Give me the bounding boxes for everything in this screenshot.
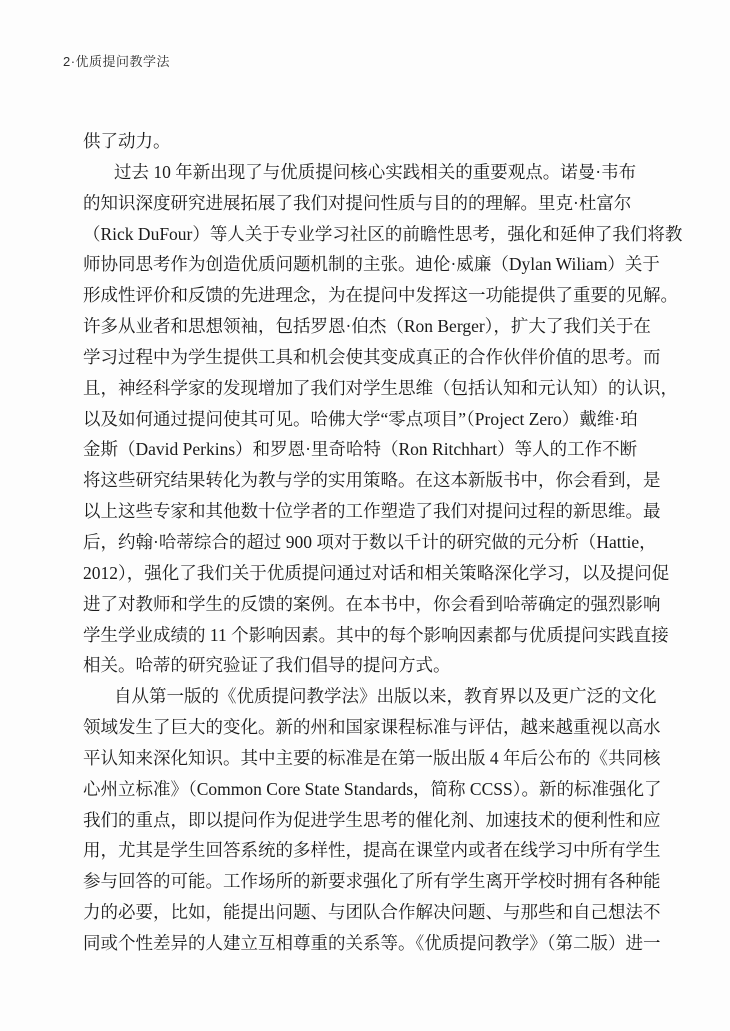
text-line: 学生学业成绩的 11 个影响因素。其中的每个影响因素都与优质提问实践直接 [83, 620, 622, 651]
text-line: 金斯（David Perkins）和罗恩·里奇哈特（Ron Ritchhart）… [83, 434, 622, 465]
text-line: 过去 10 年新出现了与优质提问核心实践相关的重要观点。诺曼·韦布 [83, 157, 622, 188]
running-header: 2·优质提问教学法 [63, 51, 170, 70]
text-line: 心州立标准》（Common Core State Standards，简称 CC… [83, 774, 622, 805]
text-line: 领域发生了巨大的变化。新的州和国家课程标准与评估，越来越重视以高水 [83, 712, 622, 743]
text-line: 进了对教师和学生的反馈的案例。在本书中，你会看到哈蒂确定的强烈影响 [83, 589, 622, 620]
text-line: （Rick DuFour）等人关于专业学习社区的前瞻性思考，强化和延伸了我们将教 [83, 219, 622, 250]
text-line: 同或个性差异的人建立互相尊重的关系等。《优质提问教学》（第二版）进一 [83, 928, 622, 959]
text-line: 学习过程中为学生提供工具和机会使其变成真正的合作伙伴价值的思考。而 [83, 342, 622, 373]
text-line: 力的必要，比如，能提出问题、与团队合作解决问题、与那些和自己想法不 [83, 897, 622, 928]
text-line: 师协同思考作为创造优质问题机制的主张。迪伦·威廉（Dylan Wiliam）关于 [83, 249, 622, 280]
text-line: 形成性评价和反馈的先进理念，为在提问中发挥这一功能提供了重要的见解。 [83, 280, 622, 311]
text-line: 我们的重点，即以提问作为促进学生思考的催化剂、加速技术的便利性和应 [83, 805, 622, 836]
text-line: 自从第一版的《优质提问教学法》出版以来，教育界以及更广泛的文化 [83, 681, 622, 712]
text-line: 以上这些专家和其他数十位学者的工作塑造了我们对提问过程的新思维。最 [83, 496, 622, 527]
text-line: 将这些研究结果转化为教与学的实用策略。在这本新版书中，你会看到，是 [83, 465, 622, 496]
text-line: 的知识深度研究进展拓展了我们对提问性质与目的的理解。里克·杜富尔 [83, 188, 622, 219]
text-line: 平认知来深化知识。其中主要的标准是在第一版出版 4 年后公布的《共同核 [83, 743, 622, 774]
page-body-text: 供了动力。过去 10 年新出现了与优质提问核心实践相关的重要观点。诺曼·韦布的知… [83, 126, 622, 959]
text-line: 以及如何通过提问使其可见。哈佛大学“零点项目”（Project Zero）戴维·… [83, 404, 622, 435]
text-line: 参与回答的可能。工作场所的新要求强化了所有学生离开学校时拥有各种能 [83, 866, 622, 897]
text-line: 后，约翰·哈蒂综合的超过 900 项对于数以千计的研究做的元分析（Hattie， [83, 527, 622, 558]
text-line: 相关。哈蒂的研究验证了我们倡导的提问方式。 [83, 650, 622, 681]
text-line: 2012），强化了我们关于优质提问通过对话和相关策略深化学习，以及提问促 [83, 558, 622, 589]
text-line: 且，神经科学家的发现增加了我们对学生思维（包括认知和元认知）的认识， [83, 373, 622, 404]
text-line: 用，尤其是学生回答系统的多样性，提高在课堂内或者在线学习中所有学生 [83, 835, 622, 866]
book-page: 2·优质提问教学法 供了动力。过去 10 年新出现了与优质提问核心实践相关的重要… [0, 0, 730, 1031]
text-line: 供了动力。 [83, 126, 622, 157]
text-line: 许多从业者和思想领袖，包括罗恩·伯杰（Ron Berger），扩大了我们关于在 [83, 311, 622, 342]
